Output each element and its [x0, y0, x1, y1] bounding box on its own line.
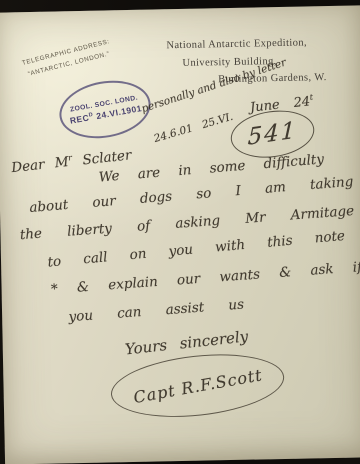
- letter-paper: TELEGRAPHIC ADDRESS: “ANTARCTIC, LONDON.…: [0, 5, 360, 464]
- file-number: 541: [247, 117, 297, 150]
- telegraphic-address: TELEGRAPHIC ADDRESS: “ANTARCTIC, LONDON.…: [21, 36, 114, 81]
- signature: Capt R.F.Scott: [132, 365, 264, 407]
- scanned-letter-photo: TELEGRAPHIC ADDRESS: “ANTARCTIC, LONDON.…: [0, 0, 360, 464]
- letterhead-line1: National Antarctic Expedition,: [147, 37, 327, 52]
- signature-circle: Capt R.F.Scott: [108, 347, 287, 425]
- body-line: you can assist us: [68, 297, 245, 326]
- zoological-society-receipt-stamp: ZOOL. SOC. LOND. RECD 24.VI.1901: [55, 74, 155, 145]
- annotation-dates: 24.6.01 25.VI.: [152, 111, 234, 145]
